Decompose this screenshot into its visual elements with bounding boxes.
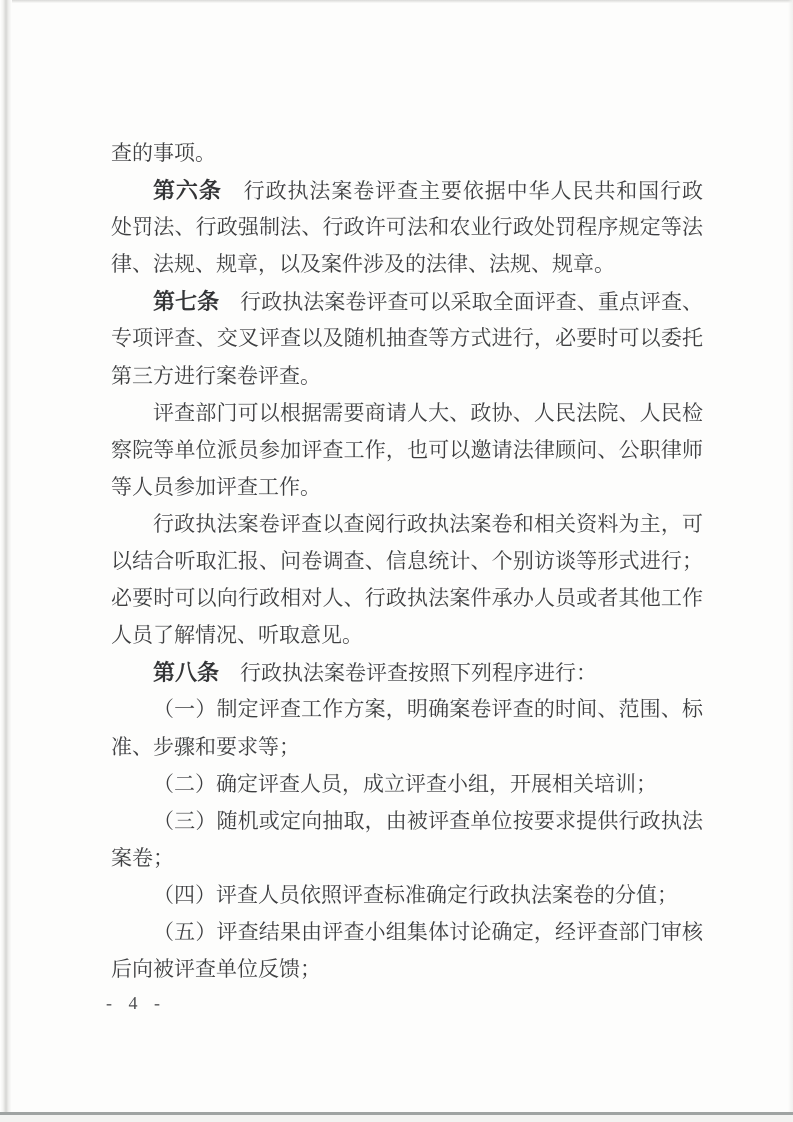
- document-body: 查的事项。 第六条 行政执法案卷评查主要依据中华人民共和国行政 处罚法、行政强制…: [111, 135, 703, 988]
- scanned-document-page: 查的事项。 第六条 行政执法案卷评查主要依据中华人民共和国行政 处罚法、行政强制…: [0, 0, 793, 1122]
- scan-edge-left: [0, 0, 12, 1122]
- text-line: 专项评查、交叉评查以及随机抽查等方式进行，必要时可以委托: [111, 320, 703, 357]
- text-line: 处罚法、行政强制法、行政许可法和农业行政处罚程序规定等法: [111, 209, 703, 246]
- text-line: 必要时可以向行政相对人、行政执法案件承办人员或者其他工作: [111, 580, 703, 617]
- text-line: 以结合听取汇报、问卷调查、信息统计、个别访谈等形式进行；: [111, 543, 703, 580]
- text-line: （二）确定评查人员，成立评查小组，开展相关培训；: [111, 766, 703, 803]
- text-line: （一）制定评查工作方案，明确案卷评查的时间、范围、标: [111, 691, 703, 728]
- text-line-tail: 行政执法案卷评查主要依据中华人民共和国行政: [222, 179, 703, 203]
- text-line: 第六条 行政执法案卷评查主要依据中华人民共和国行政: [111, 172, 703, 209]
- text-line: （四）评查人员依照评查标准确定行政执法案卷的分值；: [111, 877, 703, 914]
- scan-edge-right: [788, 0, 793, 1122]
- text-line: 察院等单位派员参加评查工作，也可以邀请法律顾问、公职律师: [111, 432, 703, 469]
- text-line: 第八条 行政执法案卷评查按照下列程序进行：: [111, 654, 703, 691]
- article-number: 第七条: [153, 289, 219, 314]
- text-line: 行政执法案卷评查以查阅行政执法案卷和相关资料为主，可: [111, 506, 703, 543]
- scan-edge-bottom-fill: [0, 1115, 793, 1122]
- text-line: 等人员参加评查工作。: [111, 469, 703, 506]
- text-line: 查的事项。: [111, 135, 703, 172]
- article-number: 第六条: [153, 178, 222, 203]
- text-line: 第七条 行政执法案卷评查可以采取全面评查、重点评查、: [111, 283, 703, 320]
- page-number: - 4 -: [106, 993, 166, 1014]
- text-line: 准、步骤和要求等；: [111, 729, 703, 766]
- text-line: 案卷；: [111, 840, 703, 877]
- text-line: 后向被评查单位反馈；: [111, 951, 703, 988]
- scan-edge-top: [0, 0, 793, 3]
- text-line: 人员了解情况、听取意见。: [111, 617, 703, 654]
- text-line-tail: 行政执法案卷评查可以采取全面评查、重点评查、: [219, 290, 703, 314]
- text-line: （五）评查结果由评查小组集体讨论确定，经评查部门审核: [111, 914, 703, 951]
- text-line-tail: 行政执法案卷评查按照下列程序进行：: [219, 661, 597, 685]
- text-line: 律、法规、规章，以及案件涉及的法律、法规、规章。: [111, 246, 703, 283]
- text-line: 评查部门可以根据需要商请人大、政协、人民法院、人民检: [111, 395, 703, 432]
- article-number: 第八条: [153, 660, 219, 685]
- text-line: （三）随机或定向抽取，由被评查单位按要求提供行政执法: [111, 803, 703, 840]
- text-line: 第三方进行案卷评查。: [111, 358, 703, 395]
